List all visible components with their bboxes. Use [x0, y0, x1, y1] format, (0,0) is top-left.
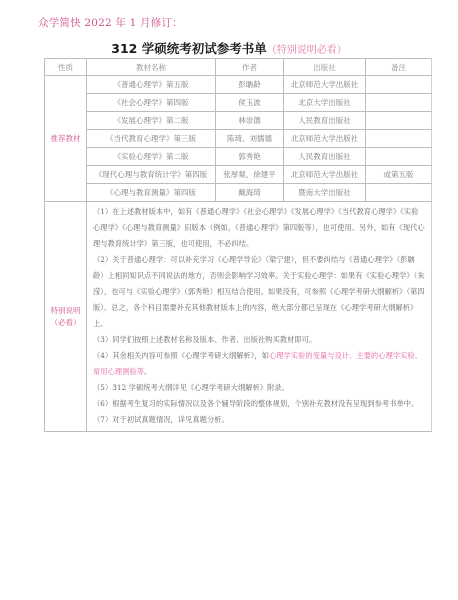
category-special-notes: 特别说明 （必看） [45, 202, 87, 432]
book-remark [366, 148, 432, 166]
book-author: 戴海琦 [216, 184, 284, 202]
table-row: 推荐教材 《普通心理学》第五版 彭聃龄 北京师范大学出版社 [45, 76, 432, 94]
book-author: 彭聃龄 [216, 76, 284, 94]
revision-note: 众学简快 2022 年 1 月修订： [38, 15, 183, 30]
table-row: 《当代教育心理学》第三版 陈琦、刘儒德 北京师范大学出版社 [45, 130, 432, 148]
table-row: 《现代心理与教育统计学》第四版 张厚粲、徐建平 北京师范大学出版社 或第五版 [45, 166, 432, 184]
table-row: 《社会心理学》第四版 侯玉波 北京大学出版社 [45, 94, 432, 112]
title-note: （特别说明必看） [267, 45, 347, 56]
table-row: 《发展心理学》第二版 林崇德 人民教育出版社 [45, 112, 432, 130]
col-header-publisher: 出版社 [284, 59, 366, 76]
book-author: 郭秀艳 [216, 148, 284, 166]
note-item-5: （5）312 学硕统考大纲详见《心理学考研大纲解析》附录。 [93, 380, 425, 396]
book-name: 《实验心理学》第二版 [87, 148, 216, 166]
book-publisher: 人民教育出版社 [284, 148, 366, 166]
book-publisher: 北京师范大学出版社 [284, 76, 366, 94]
col-header-book: 教材名称 [87, 59, 216, 76]
table-row: 《实验心理学》第二版 郭秀艳 人民教育出版社 [45, 148, 432, 166]
book-remark [366, 94, 432, 112]
book-name: 《当代教育心理学》第三版 [87, 130, 216, 148]
book-remark [366, 130, 432, 148]
book-author: 张厚粲、徐建平 [216, 166, 284, 184]
book-author: 林崇德 [216, 112, 284, 130]
table-row: 《心理与教育测量》第四版 戴海琦 暨南大学出版社 [45, 184, 432, 202]
book-name: 《心理与教育测量》第四版 [87, 184, 216, 202]
reference-book-table: 性质 教材名称 作者 出版社 备注 推荐教材 《普通心理学》第五版 彭聃龄 北京… [44, 58, 432, 432]
book-name: 《社会心理学》第四版 [87, 94, 216, 112]
special-notes-cell: （1）在上述教材版本中，如有《普通心理学》《社会心理学》《发展心理学》《当代教育… [87, 202, 432, 432]
page-title: 312 学硕统考初试参考书单（特别说明必看） [0, 38, 458, 57]
col-header-type: 性质 [45, 59, 87, 76]
category-special-notes-line2: （必看） [45, 317, 86, 329]
note-item-7: （7）对于初试真题情况，详见真题分析。 [93, 412, 425, 428]
book-name: 《现代心理与教育统计学》第四版 [87, 166, 216, 184]
special-notes-row: 特别说明 （必看） （1）在上述教材版本中，如有《普通心理学》《社会心理学》《发… [45, 202, 432, 432]
book-author: 侯玉波 [216, 94, 284, 112]
book-author: 陈琦、刘儒德 [216, 130, 284, 148]
book-name: 《普通心理学》第五版 [87, 76, 216, 94]
category-special-notes-line1: 特别说明 [45, 305, 86, 317]
note-item-6: （6）根据考生复习的实际情况以及各个辅导阶段的整体规划，个别补充教材没有呈现到参… [93, 396, 425, 412]
book-publisher: 北京师范大学出版社 [284, 130, 366, 148]
book-publisher: 北京师范大学出版社 [284, 166, 366, 184]
note-item-4: （4）其余相关内容可参照《心理学考研大纲解析》，如心理学实验的变量与设计、主要的… [93, 348, 425, 380]
book-name: 《发展心理学》第二版 [87, 112, 216, 130]
category-recommended: 推荐教材 [45, 76, 87, 202]
book-publisher: 暨南大学出版社 [284, 184, 366, 202]
book-publisher: 北京大学出版社 [284, 94, 366, 112]
book-remark [366, 112, 432, 130]
book-publisher: 人民教育出版社 [284, 112, 366, 130]
col-header-remark: 备注 [366, 59, 432, 76]
note-item-4-text: （4）其余相关内容可参照《心理学考研大纲解析》，如 [93, 351, 269, 360]
note-item-4-end: 。 [144, 367, 151, 376]
note-item-2: （2）关于普通心理学：可以补充学习《心理学导论》（梁宁建），但不要纠结与《普通心… [93, 252, 425, 332]
note-item-1: （1）在上述教材版本中，如有《普通心理学》《社会心理学》《发展心理学》《当代教育… [93, 204, 425, 252]
title-main: 312 学硕统考初试参考书单 [111, 41, 266, 56]
note-item-3: （3）同学们按照上述教材名称及版本、作者、出版社购买教材即可。 [93, 332, 425, 348]
table-header-row: 性质 教材名称 作者 出版社 备注 [45, 59, 432, 76]
col-header-author: 作者 [216, 59, 284, 76]
book-remark [366, 184, 432, 202]
book-remark [366, 76, 432, 94]
book-remark: 或第五版 [366, 166, 432, 184]
